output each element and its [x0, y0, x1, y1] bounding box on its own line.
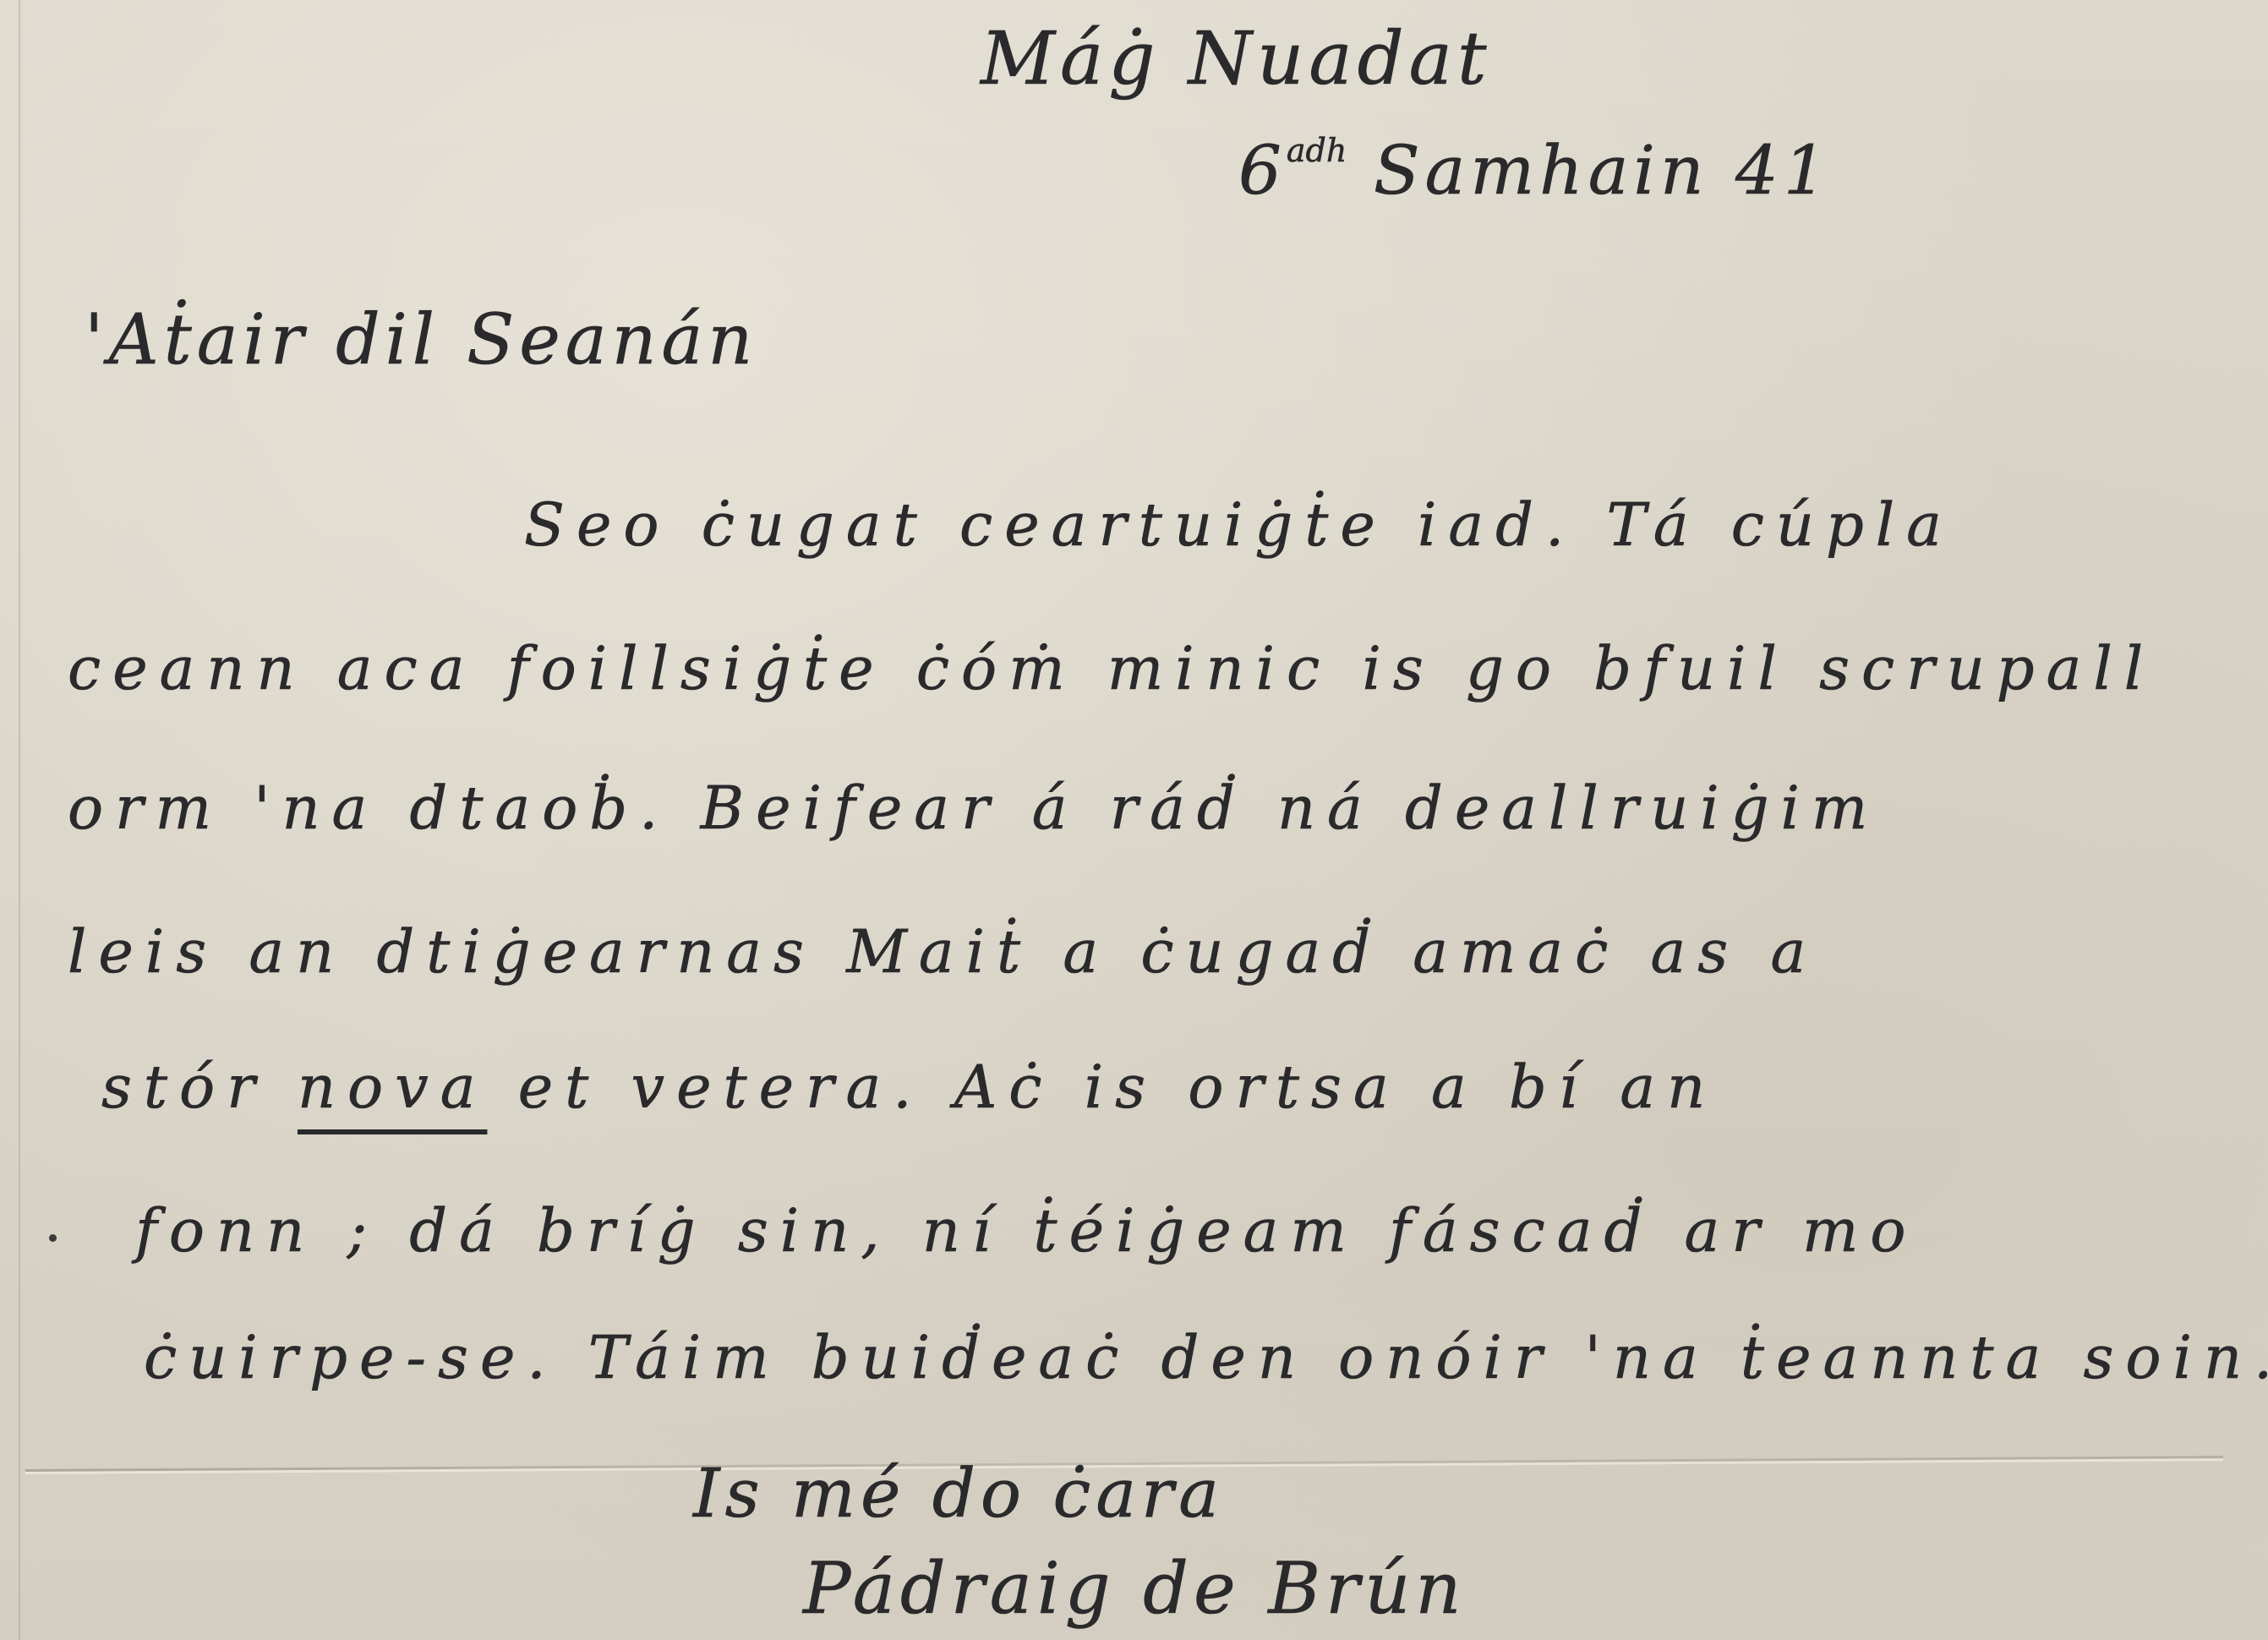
- underlined-word-nova: nova: [298, 1052, 488, 1122]
- letter-salutation: 'Aṫair dil Seanán: [85, 300, 757, 380]
- body-line-1: Seo ċugat ceartuiġṫe iad. Tá cúpla: [524, 490, 1954, 560]
- body-line-5: stór nova et vetera. Aċ is ortsa a bí an: [101, 1052, 1717, 1122]
- body-line-2: ceann aca foillsiġṫe ċóṁ minic is go bfu…: [68, 634, 2155, 703]
- date-day: 6: [1238, 131, 1287, 210]
- date-suffix: adh: [1287, 132, 1347, 169]
- letter-closing: Is mé do ċara: [693, 1454, 1224, 1533]
- body-line-5-rest: et vetera. Aċ is ortsa a bí an: [518, 1052, 1718, 1122]
- letter-signature: Pádraig de Brún: [803, 1547, 1466, 1630]
- paper-edge: [19, 0, 20, 1640]
- body-line-6: fonn ; dá bríġ sin, ní ṫéiġeam fáscaḋ ar…: [135, 1196, 1918, 1266]
- body-word-stor: stór: [101, 1052, 267, 1122]
- letter-place: Máġ Nuadat: [981, 17, 1492, 101]
- body-line-7: ċuirpe-se. Táim buiḋeaċ den onóir 'na ṫe…: [144, 1323, 2268, 1392]
- date-rest: Samhain 41: [1374, 131, 1832, 210]
- body-line-3: orm 'na dtaoḃ. Beifear á ráḋ ná deallrui…: [68, 774, 1879, 843]
- ink-dot: [49, 1234, 57, 1242]
- body-line-4: leis an dtiġearnas Maiṫ a ċugaḋ amaċ as …: [68, 917, 1817, 987]
- letter-date: 6adh Samhain 41: [1238, 131, 1832, 210]
